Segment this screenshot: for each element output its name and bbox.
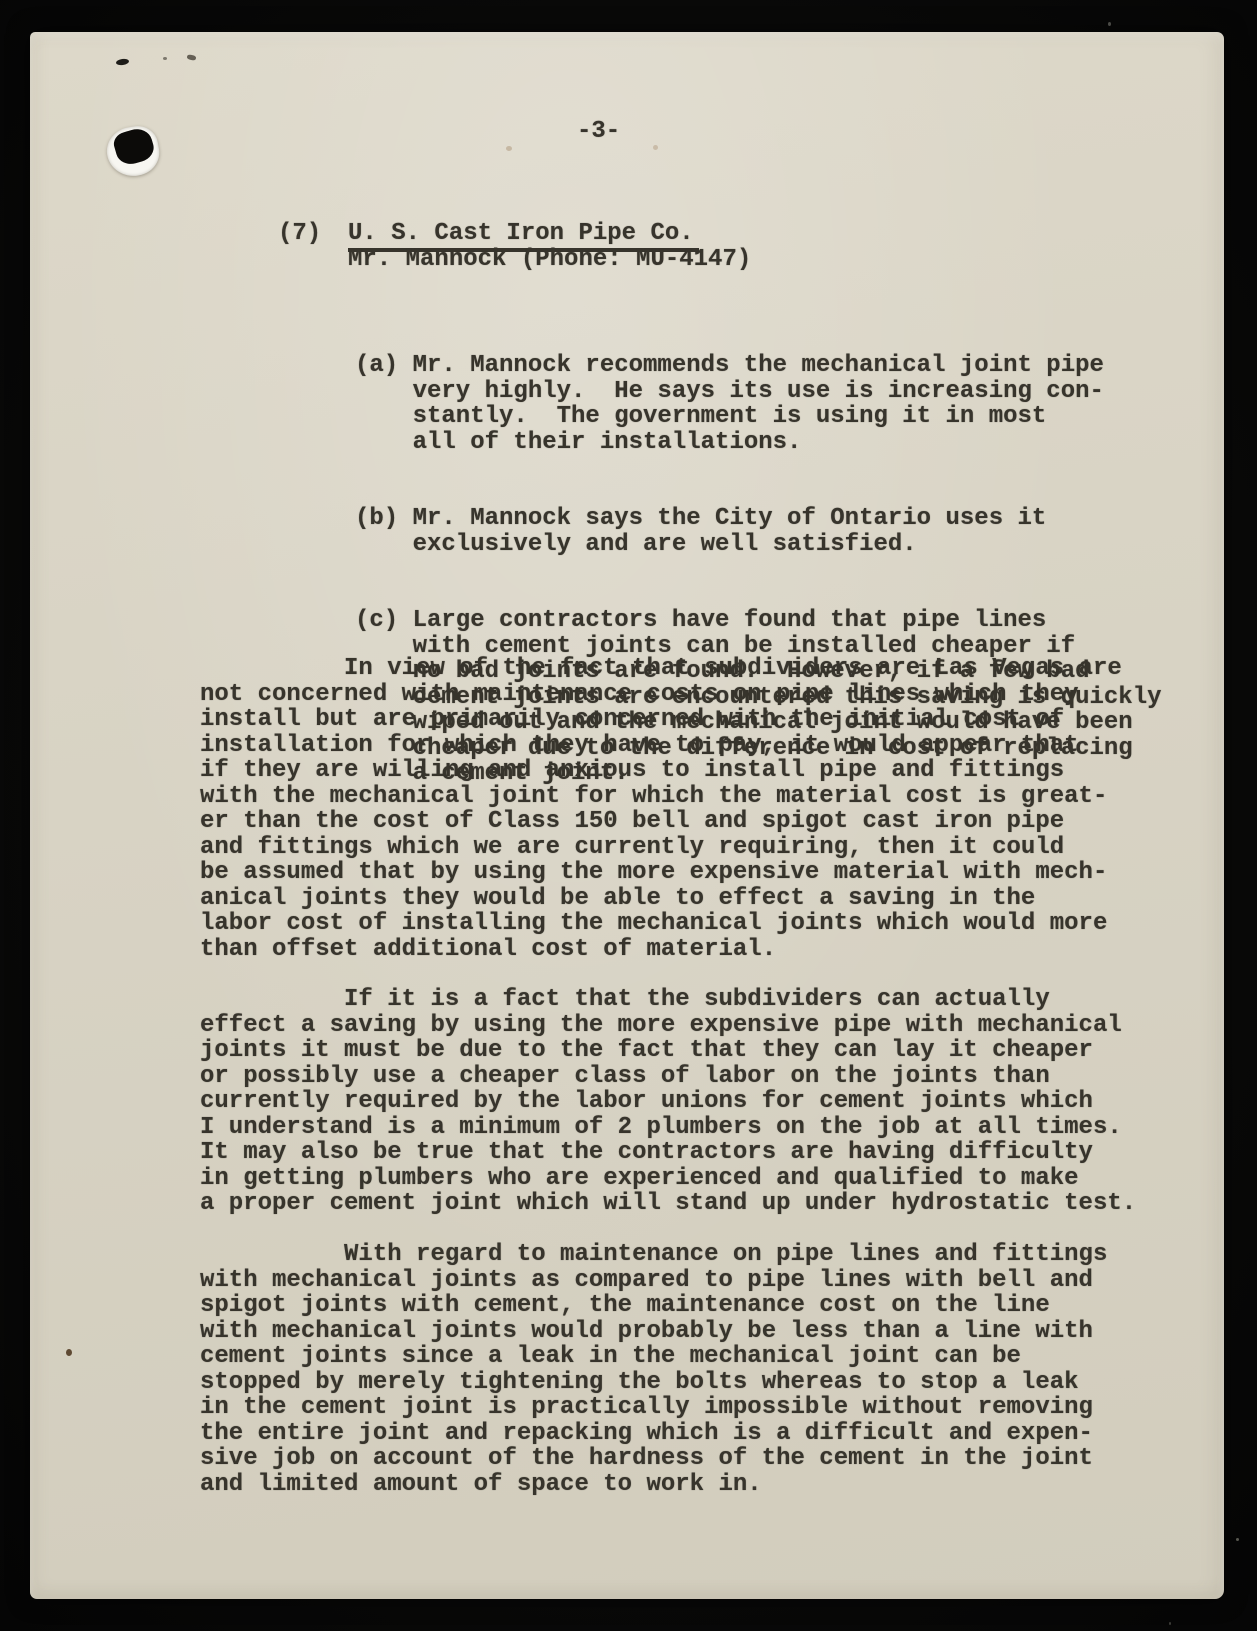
dust-speck bbox=[1108, 22, 1111, 26]
paper-stain bbox=[506, 146, 512, 151]
paper-stain bbox=[653, 145, 658, 150]
list-item-text: Mr. Mannock says the City of Ontario use… bbox=[413, 506, 1047, 557]
ink-speck bbox=[163, 57, 167, 60]
section-number: (7) bbox=[278, 221, 321, 247]
section-contact: Mr. Mannock (Phone: MU-4147) bbox=[348, 247, 751, 273]
page-number: -3- bbox=[577, 119, 620, 145]
dust-speck bbox=[1169, 1622, 1171, 1625]
list-item-label: (b) bbox=[355, 506, 413, 557]
body-paragraph: If it is a fact that the subdividers can… bbox=[200, 987, 1136, 1217]
list-item-text: Mr. Mannock recommends the mechanical jo… bbox=[413, 353, 1104, 455]
dust-speck bbox=[1236, 1538, 1239, 1541]
ink-speck bbox=[187, 54, 197, 61]
list-item: (a) Mr. Mannock recommends the mechanica… bbox=[355, 353, 1162, 455]
scan-background: { "colors": { "background": "#0a0a09", "… bbox=[0, 0, 1257, 1631]
ink-speck bbox=[116, 58, 130, 66]
body-paragraph: With regard to maintenance on pipe lines… bbox=[200, 1242, 1107, 1497]
list-item-label: (a) bbox=[355, 353, 413, 455]
list-item: (b) Mr. Mannock says the City of Ontario… bbox=[355, 506, 1162, 557]
paper-stain bbox=[66, 1349, 72, 1356]
body-paragraph: In view of the fact that subdividers are… bbox=[200, 656, 1122, 962]
document-page: -3- (7) U. S. Cast Iron Pipe Co. Mr. Man… bbox=[30, 32, 1224, 1599]
